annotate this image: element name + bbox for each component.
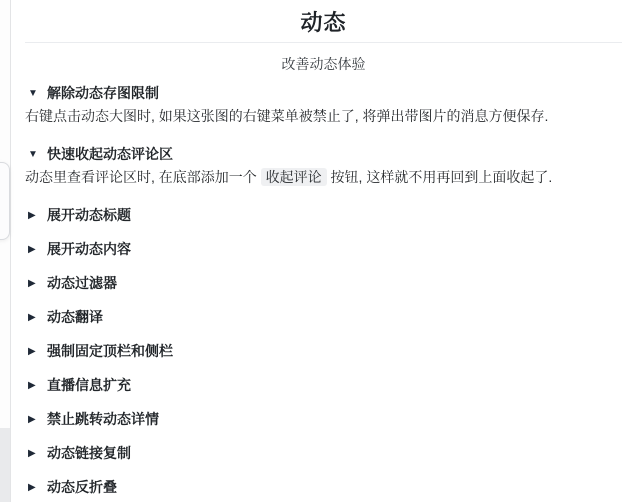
section-label: 禁止跳转动态详情 [47, 410, 159, 429]
disclosure-triangle-right-icon: ▶ [28, 308, 38, 327]
cropped-panel-edge [0, 162, 10, 240]
disclosure-triangle-right-icon: ▶ [28, 410, 38, 429]
section-list: ▼ 解除动态存图限制 右键点击动态大图时, 如果这张图的右键菜单被禁止了, 将弹… [25, 84, 622, 497]
section-toggle[interactable]: ▶ 动态翻译 [28, 308, 622, 327]
disclosure-triangle-right-icon: ▶ [28, 478, 38, 497]
section-toggle[interactable]: ▶ 动态反折叠 [28, 478, 622, 497]
section-toggle[interactable]: ▶ 直播信息扩充 [28, 376, 622, 395]
section-label: 直播信息扩充 [47, 376, 131, 395]
disclosure-triangle-right-icon: ▶ [28, 376, 38, 395]
section-no-jump-feed-detail: ▶ 禁止跳转动态详情 [25, 410, 622, 429]
section-description: 右键点击动态大图时, 如果这张图的右键菜单被禁止了, 将弹出带图片的消息方便保存… [25, 108, 622, 125]
disclosure-triangle-right-icon: ▶ [28, 444, 38, 463]
section-toggle[interactable]: ▶ 展开动态内容 [28, 240, 622, 259]
section-label: 解除动态存图限制 [47, 84, 159, 103]
page-title: 动态 [25, 8, 622, 43]
section-label: 动态链接复制 [47, 444, 131, 463]
cropped-gray-strip [0, 428, 10, 502]
section-toggle[interactable]: ▼ 快速收起动态评论区 [28, 145, 622, 164]
description-text: 按钮, 这样就不用再回到上面收起了. [327, 169, 553, 185]
section-toggle[interactable]: ▶ 动态过滤器 [28, 274, 622, 293]
disclosure-triangle-right-icon: ▶ [28, 342, 38, 361]
section-expand-feed-title: ▶ 展开动态标题 [25, 206, 622, 225]
disclosure-triangle-right-icon: ▶ [28, 206, 38, 225]
section-feed-unfold: ▶ 动态反折叠 [25, 478, 622, 497]
disclosure-triangle-right-icon: ▶ [28, 240, 38, 259]
section-label: 展开动态标题 [47, 206, 131, 225]
page-subtitle: 改善动态体验 [25, 56, 622, 72]
section-remove-image-save-limit: ▼ 解除动态存图限制 右键点击动态大图时, 如果这张图的右键菜单被禁止了, 将弹… [25, 84, 622, 125]
disclosure-triangle-right-icon: ▶ [28, 274, 38, 293]
description-text: 右键点击动态大图时, 如果这张图的右键菜单被禁止了, 将弹出带图片的消息方便保存… [25, 108, 548, 124]
section-label: 动态反折叠 [47, 478, 117, 497]
section-feed-translate: ▶ 动态翻译 [25, 308, 622, 327]
section-description: 动态里查看评论区时, 在底部添加一个 收起评论 按钮, 这样就不用再回到上面收起… [25, 169, 622, 186]
description-text: 动态里查看评论区时, 在底部添加一个 [25, 169, 261, 185]
section-toggle[interactable]: ▶ 强制固定顶栏和侧栏 [28, 342, 622, 361]
section-label: 强制固定顶栏和侧栏 [47, 342, 173, 361]
section-toggle[interactable]: ▼ 解除动态存图限制 [28, 84, 622, 103]
section-feed-filter: ▶ 动态过滤器 [25, 274, 622, 293]
disclosure-triangle-down-icon: ▼ [28, 145, 38, 164]
section-label: 动态翻译 [47, 308, 103, 327]
inline-code: 收起评论 [261, 168, 327, 186]
section-label: 展开动态内容 [47, 240, 131, 259]
section-feed-link-copy: ▶ 动态链接复制 [25, 444, 622, 463]
section-expand-feed-content: ▶ 展开动态内容 [25, 240, 622, 259]
cropped-left-rail [0, 0, 11, 502]
section-quick-collapse-comments: ▼ 快速收起动态评论区 动态里查看评论区时, 在底部添加一个 收起评论 按钮, … [25, 145, 622, 186]
section-fix-topbar-sidebar: ▶ 强制固定顶栏和侧栏 [25, 342, 622, 361]
disclosure-triangle-down-icon: ▼ [28, 84, 38, 103]
section-toggle[interactable]: ▶ 动态链接复制 [28, 444, 622, 463]
section-toggle[interactable]: ▶ 展开动态标题 [28, 206, 622, 225]
section-label: 动态过滤器 [47, 274, 117, 293]
section-label: 快速收起动态评论区 [47, 145, 173, 164]
doc-content: 动态 改善动态体验 ▼ 解除动态存图限制 右键点击动态大图时, 如果这张图的右键… [11, 0, 640, 497]
section-live-info-extend: ▶ 直播信息扩充 [25, 376, 622, 395]
section-toggle[interactable]: ▶ 禁止跳转动态详情 [28, 410, 622, 429]
